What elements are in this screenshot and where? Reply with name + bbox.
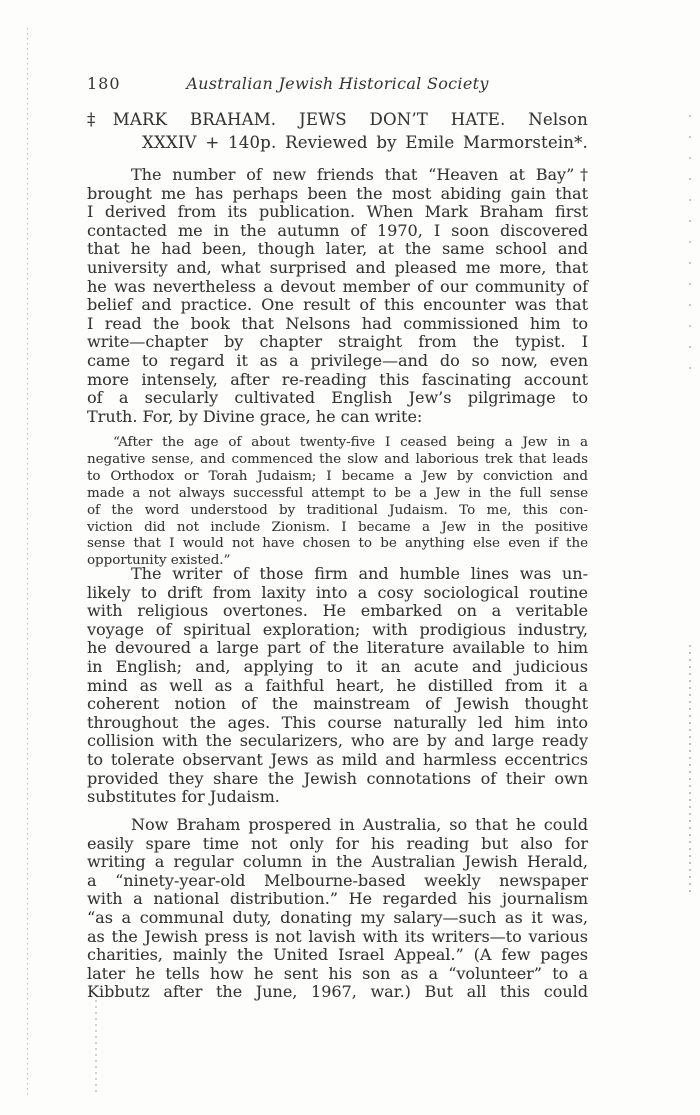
text-line: to tolerate observant Jews as mild and h…: [87, 751, 588, 770]
text-line: contacted me in the autumn of 1970, I so…: [87, 222, 588, 241]
text-line: writing a regular column in the Australi…: [87, 853, 588, 872]
text-line: likely to drift from laxity into a cosy …: [87, 584, 588, 603]
text-line: with religious overtones. He embarked on…: [87, 602, 588, 621]
quoted-passage: “After the age of about twenty-five I ce…: [87, 435, 588, 570]
text-line: “as a communal duty, donating my salary—…: [87, 909, 588, 928]
text-line: of a secularly cultivated English Jew’s …: [87, 389, 588, 408]
text-line: to Orthodox or Torah Judaism; I became a…: [87, 469, 588, 486]
text-line: XXXIV + 140p. Reviewed by Emile Marmorst…: [87, 131, 588, 154]
text-line: coherent notion of the mainstream of Jew…: [87, 695, 588, 714]
text-line: that he had been, though later, at the s…: [87, 240, 588, 259]
text-line: with a national distribution.” He regard…: [87, 890, 588, 909]
text-line: throughout the ages. This course natural…: [87, 714, 588, 733]
text-line: I derived from its publication. When Mar…: [87, 203, 588, 222]
text-line: write—chapter by chapter straight from t…: [87, 333, 588, 352]
text-line: university and, what surprised and pleas…: [87, 259, 588, 278]
running-head: 180 Australian Jewish Historical Society: [87, 74, 588, 93]
text-line: Kibbutz after the June, 1967, war.) But …: [87, 983, 588, 1002]
text-line: in English; and, applying to it an acute…: [87, 658, 588, 677]
text-line: he devoured a large part of the literatu…: [87, 639, 588, 658]
text-line: brought me has perhaps been the most abi…: [87, 185, 588, 204]
text-line: I read the book that Nelsons had commiss…: [87, 315, 588, 334]
text-line: “After the age of about twenty-five I ce…: [87, 435, 588, 452]
text-line: voyage of spiritual exploration; with pr…: [87, 621, 588, 640]
text-line: came to regard it as a privilege—and do …: [87, 352, 588, 371]
text-line: mind as well as a faithful heart, he dis…: [87, 677, 588, 696]
text-line: later he tells how he sent his son as a …: [87, 965, 588, 984]
scan-fold-line: [27, 28, 28, 1096]
text-line: The number of new friends that “Heaven a…: [87, 166, 588, 185]
paragraph-2: The writer of those firm and humble line…: [87, 565, 588, 807]
text-line: sense that I would not have chosen to be…: [87, 536, 588, 553]
text-line: substitutes for Judaism.: [87, 788, 588, 807]
text-line: made a not always successful attempt to …: [87, 486, 588, 503]
review-citation: ‡MARK BRAHAM. JEWS DON’T HATE. NelsonXXX…: [87, 108, 588, 154]
text-line: a “ninety-year-old Melbourne-based weekl…: [87, 872, 588, 891]
text-line: collision with the secularizers, who are…: [87, 732, 588, 751]
text-line: belief and practice. One result of this …: [87, 296, 588, 315]
scan-edge-marks-top: [689, 115, 691, 380]
text-line: The writer of those firm and humble line…: [87, 565, 588, 584]
text-line: of the word understood by traditional Ju…: [87, 503, 588, 520]
text-column: 180 Australian Jewish Historical Society…: [87, 0, 588, 1115]
text-line: viction did not include Zionism. I becam…: [87, 520, 588, 537]
page-number: 180: [87, 74, 121, 93]
text-line: provided they share the Jewish connotati…: [87, 770, 588, 789]
text-line: as the Jewish press is not lavish with i…: [87, 928, 588, 947]
text-line: ‡MARK BRAHAM. JEWS DON’T HATE. Nelson: [87, 108, 588, 131]
paragraph-1: The number of new friends that “Heaven a…: [87, 166, 588, 426]
text-line: easily spare time not only for his readi…: [87, 835, 588, 854]
paragraph-3: Now Braham prospered in Australia, so th…: [87, 816, 588, 1002]
text-line: negative sense, and commenced the slow a…: [87, 452, 588, 469]
journal-title: Australian Jewish Historical Society: [186, 74, 488, 93]
scan-edge-marks-bottom: [689, 645, 691, 895]
text-line: Truth. For, by Divine grace, he can writ…: [87, 408, 588, 427]
text-line: charities, mainly the United Israel Appe…: [87, 946, 588, 965]
text-line: Now Braham prospered in Australia, so th…: [87, 816, 588, 835]
text-line: he was nevertheless a devout member of o…: [87, 278, 588, 297]
scanned-journal-page: 180 Australian Jewish Historical Society…: [0, 0, 700, 1115]
text-line: more intensely, after re-reading this fa…: [87, 371, 588, 390]
